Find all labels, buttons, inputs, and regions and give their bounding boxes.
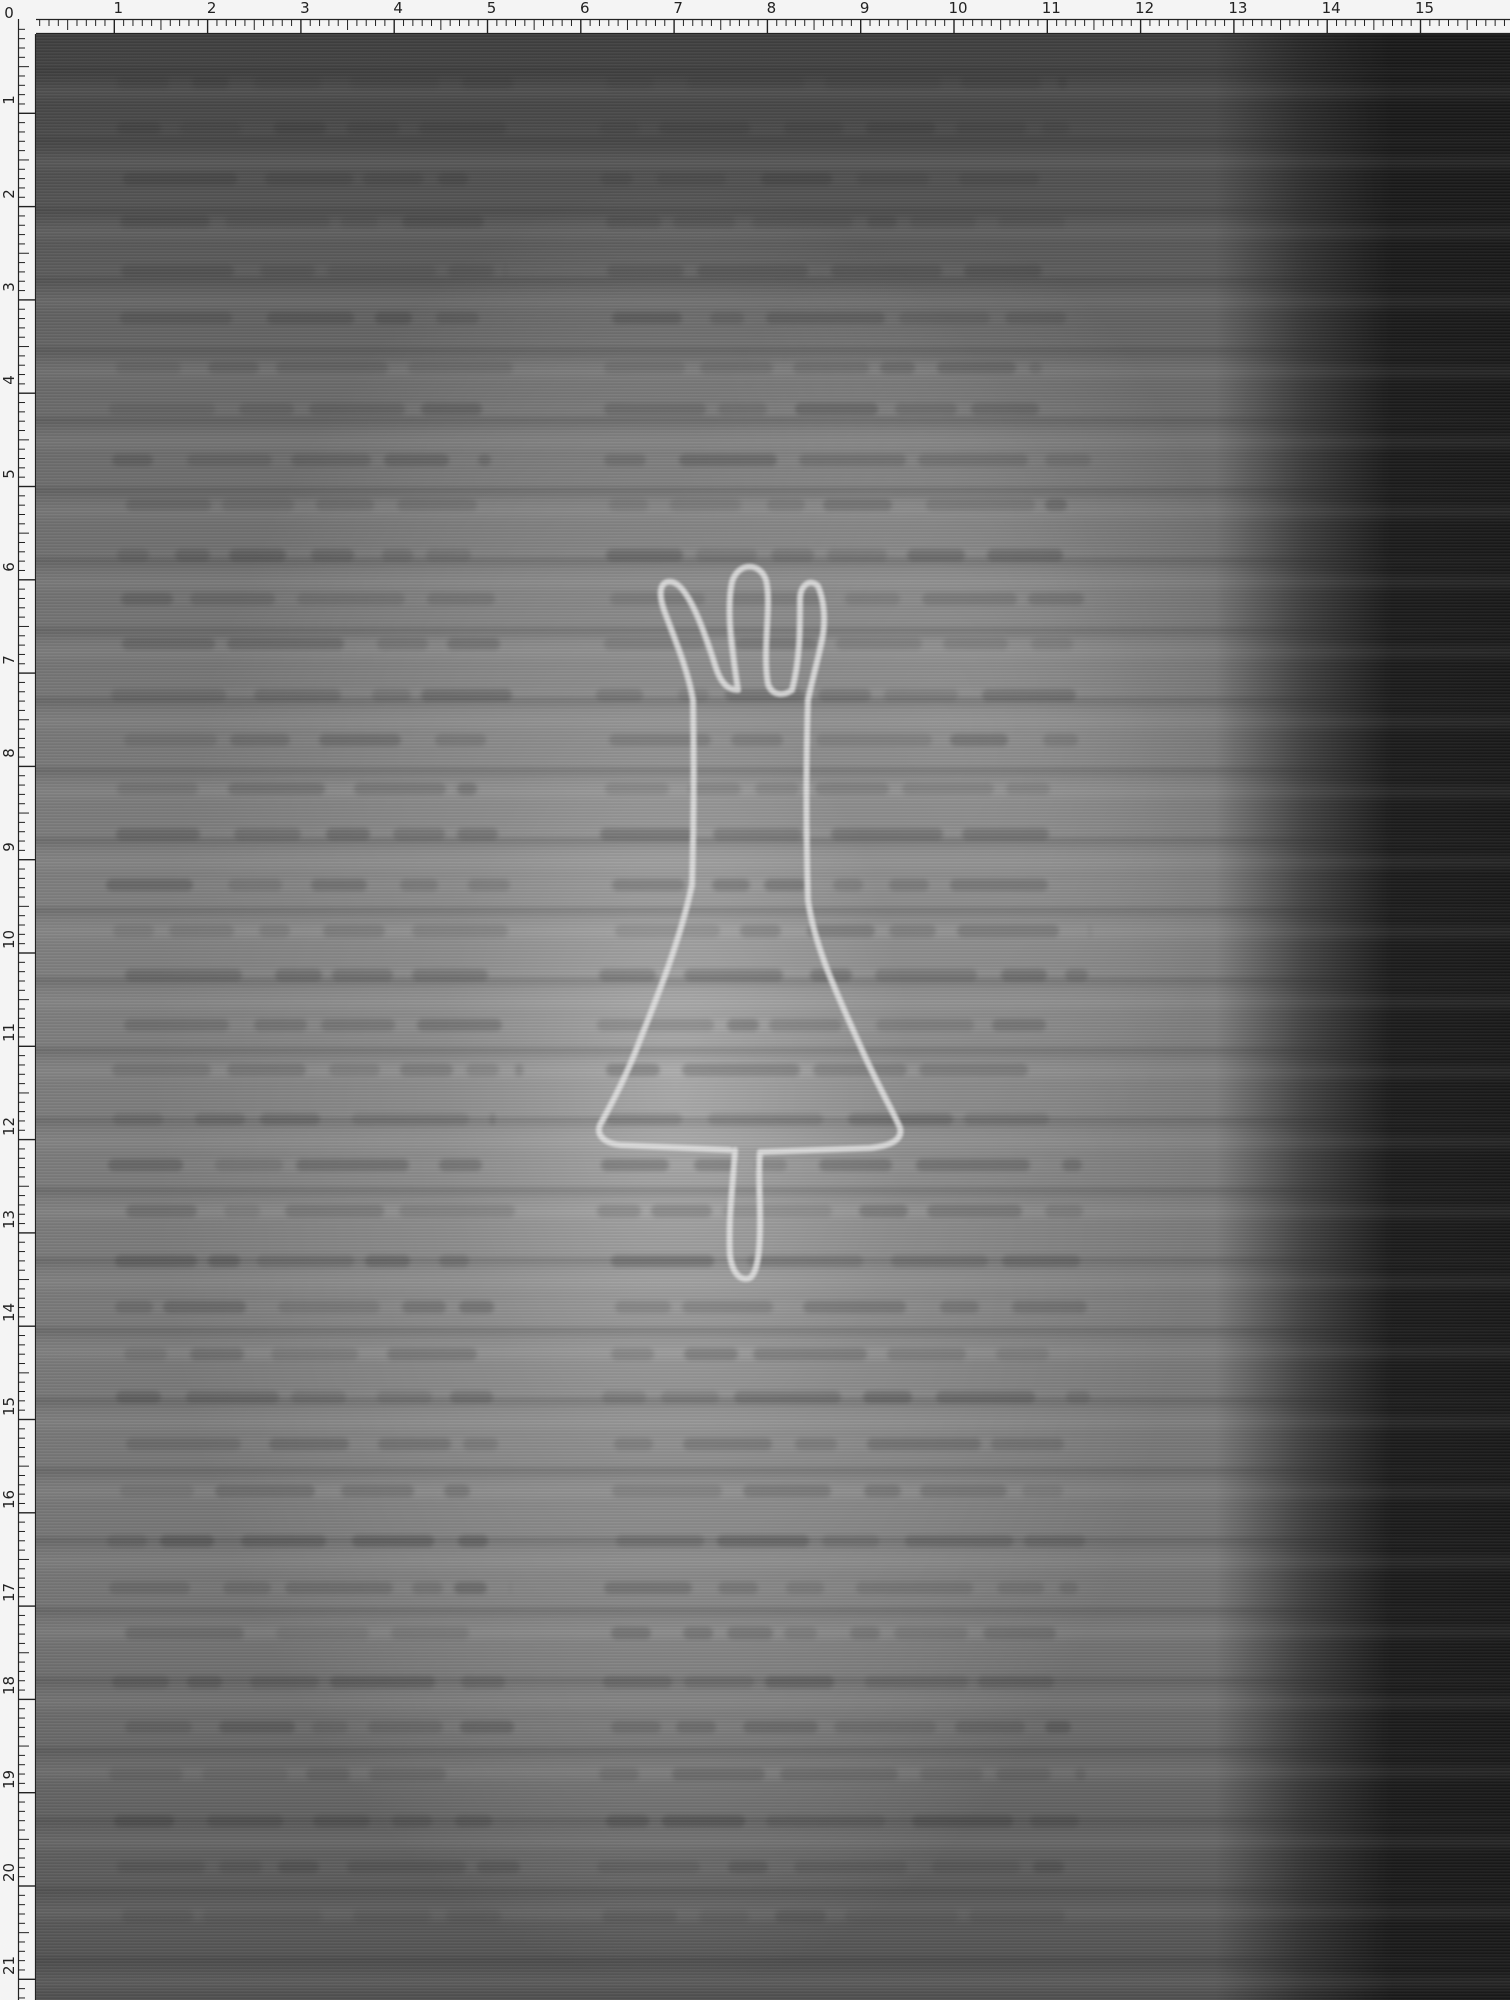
top-ruler-label: 8 [767,0,777,17]
left-ruler-label: 19 [0,1771,18,1789]
top-ruler-label: 11 [1042,0,1061,17]
left-ruler-label: 18 [0,1677,18,1695]
left-ruler-label: 10 [0,931,18,949]
top-ruler-label: 2 [207,0,217,17]
left-ruler-label: 11 [0,1024,18,1042]
top-ruler-label: 15 [1415,0,1434,17]
top-ruler-ticks [0,0,1510,34]
left-ruler-label: 21 [0,1957,18,1975]
top-ruler: 01234567891011121314151 [0,0,1510,34]
left-ruler-label: 17 [0,1584,18,1602]
top-ruler-label: 12 [1135,0,1154,17]
glove-watermark-icon [36,34,1510,2000]
left-ruler-label: 12 [0,1118,18,1136]
left-ruler-label: 4 [0,371,18,389]
top-ruler-label: 14 [1322,0,1341,17]
left-ruler-label: 1 [0,91,18,109]
left-ruler-label: 5 [0,465,18,483]
left-ruler-label: 16 [0,1491,18,1509]
left-ruler: 0123456789101112131415161718192021 [0,0,36,2000]
left-ruler-label: 6 [0,558,18,576]
top-ruler-label: 9 [860,0,870,17]
top-ruler-label: 3 [300,0,310,17]
left-ruler-label: 0 [0,4,18,22]
top-ruler-label: 6 [580,0,590,17]
top-ruler-label: 10 [948,0,967,17]
left-ruler-label: 7 [0,651,18,669]
left-ruler-label: 2 [0,185,18,203]
left-ruler-ticks [0,0,36,2000]
left-ruler-label: 3 [0,278,18,296]
left-ruler-label: 15 [0,1398,18,1416]
left-ruler-label: 20 [0,1864,18,1882]
top-ruler-label: 1 [114,0,124,17]
top-ruler-label: 5 [487,0,497,17]
left-ruler-label: 14 [0,1304,18,1322]
left-ruler-label: 13 [0,1211,18,1229]
top-ruler-label: 7 [673,0,683,17]
left-ruler-label: 9 [0,838,18,856]
top-ruler-label: 13 [1228,0,1247,17]
left-ruler-label: 8 [0,744,18,762]
top-ruler-label: 4 [393,0,403,17]
manuscript-scan [36,34,1510,2000]
